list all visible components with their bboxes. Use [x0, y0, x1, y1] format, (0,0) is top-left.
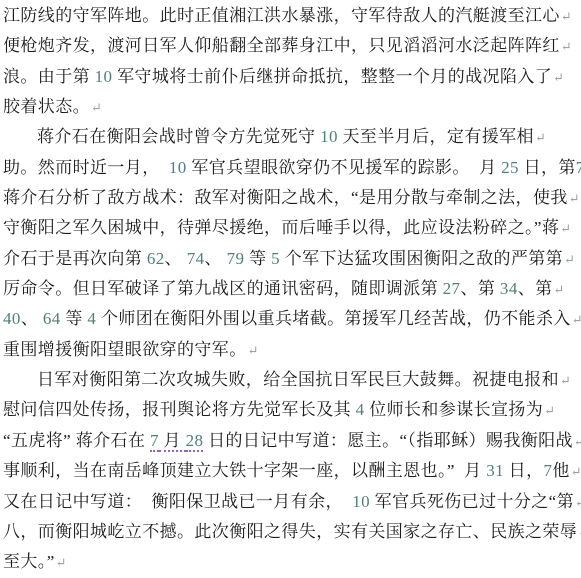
line-break-mark-icon: ↵ — [554, 282, 565, 297]
line-break-mark-icon: ↵ — [560, 221, 571, 236]
number-segment: 4 — [356, 400, 365, 419]
number-segment: 5 — [271, 249, 280, 268]
text-line: 日军对衡阳第二次攻城失败，给全国抗日军民巨大鼓舞。祝捷电报和↵ — [3, 365, 581, 395]
text-segment: 等 — [244, 249, 271, 268]
document-page: 江防线的守军阵地。此时正值湘江洪水暴涨，守军待敌人的汽艇渡至江心↵便枪炮齐发，渡… — [0, 0, 581, 578]
line-break-mark-icon: ↵ — [560, 373, 571, 388]
number-segment: 25 — [501, 158, 519, 177]
number-segment: 10 — [95, 67, 113, 86]
text-line: 介石于是再次向第 62、 74、 79 等 5 个军下达猛攻围困衡阳之敌的严第第… — [3, 244, 581, 274]
text-line: 浪。由于第 10 军守城将士前仆后继拼命抵抗，整整一个月的战况陷入了↵ — [3, 62, 581, 92]
number-segment: 64 — [43, 309, 61, 328]
text-segment: 、 — [205, 249, 227, 268]
text-segment: 慰问信四处传扬，报刊舆论将方先觉军长及其 — [3, 400, 356, 419]
text-segment: 蒋介石分析了敌方战术：敌军对衡阳之战术，“是用分散与牵制之法，使我 — [3, 188, 568, 207]
number-segment: 10 — [169, 158, 187, 177]
text-line: 助。然而时近一月， 10 军官兵望眼欲穿仍不见援军的踪影。 月 25 日，第7↵ — [3, 153, 581, 183]
text-segment: 、 — [165, 249, 187, 268]
number-segment: 7 — [576, 158, 581, 177]
text-line: 40、 64 等 4 个师团在衡阳外围以重兵堵截。第援军几经苦战，仍不能杀入↵ — [3, 304, 581, 334]
text-segment: 助。然而时近一月， — [3, 158, 169, 177]
text-segment: 个军下达猛攻围困衡阳之敌的严第第 — [280, 249, 563, 268]
text-segment: 至大。” — [3, 552, 55, 571]
text-segment: 、 — [21, 309, 43, 328]
text-segment: “五虎将” 蒋介石在 — [3, 431, 150, 450]
number-segment: 62 — [147, 249, 165, 268]
text-segment: 八，而衡阳城屹立不撼。此次衡阳之得失，实有关国家之存亡、民族之荣辱 — [3, 522, 577, 541]
number-segment: 10 — [352, 492, 370, 511]
text-segment: 重围增援衡阳望眼欲穿的守军。 — [3, 340, 247, 359]
text-line: 便枪炮齐发，渡河日军人仰船翻全部葬身江中，只见滔滔河水泛起阵阵红↵ — [3, 31, 581, 61]
text-segment: 日，第 — [519, 158, 576, 177]
text-segment: 浪。由于第 — [3, 67, 95, 86]
text-segment: 又在日记中写道： 衡阳保卫战已一月有余， — [3, 492, 352, 511]
text-segment: 蒋介石在衡阳会战时曾令方先觉死守 — [37, 127, 320, 146]
number-segment: 74 — [187, 249, 205, 268]
number-segment: 27 — [443, 279, 461, 298]
line-break-mark-icon: ↵ — [56, 555, 67, 570]
text-line: 蒋介石分析了敌方战术：敌军对衡阳之战术，“是用分散与牵制之法，使我↵ — [3, 183, 581, 213]
number-segment: 79 — [227, 249, 245, 268]
date-smart-tag-segment: 7 — [150, 431, 159, 452]
text-segment: 军守城将士前仆后继拼命抵抗，整整一个月的战况陷入了 — [112, 67, 552, 86]
text-segment: 军官兵望眼欲穿仍不见援军的踪影。 月 — [187, 158, 501, 177]
line-break-mark-icon: ↵ — [561, 9, 572, 24]
text-segment: 、第 — [460, 279, 499, 298]
text-segment: 日军对衡阳第二次攻城失败，给全国抗日军民巨大鼓舞。祝捷电报和 — [37, 370, 559, 389]
text-line: 至大。”↵ — [3, 547, 581, 577]
text-segment: 日， — [504, 461, 543, 480]
text-line: 慰问信四处传扬，报刊舆论将方先觉军长及其 4 位师长和参谋长宣扬为↵ — [3, 395, 581, 425]
text-segment: 厉命令。但日军破译了第九战区的通讯密码，随即调派第 — [3, 279, 443, 298]
line-break-mark-icon: ↵ — [535, 130, 546, 145]
text-segment: 胶着状态。 — [3, 97, 90, 116]
number-segment: 10 — [320, 127, 338, 146]
text-segment: 便枪炮齐发，渡河日军人仰船翻全部葬身江中，只见滔滔河水泛起阵阵红 — [3, 36, 560, 55]
line-break-mark-icon: ↵ — [91, 100, 102, 115]
text-segment: 个师团在衡阳外围以重兵堵截。第援军几经苦战，仍不能杀入 — [96, 309, 570, 328]
number-segment: 31 — [486, 461, 504, 480]
text-segment: 事顺利，当在南岳峰顶建立大铁十字架一座，以酬主恩也。” 月 — [3, 461, 486, 480]
text-line: 事顺利，当在南岳峰顶建立大铁十字架一座，以酬主恩也。” 月 31 日，7他↵ — [3, 456, 581, 486]
text-segment: 江防线的守军阵地。此时正值湘江洪水暴涨，守军待敌人的汽艇渡至江心 — [3, 6, 560, 25]
text-segment: 守衡阳之军久困城中，待弹尽援绝，而后唾手以得，此应设法粉碎之。”蒋 — [3, 218, 559, 237]
number-segment: 4 — [87, 309, 96, 328]
line-break-mark-icon: ↵ — [553, 70, 564, 85]
line-break-mark-icon: ↵ — [248, 343, 259, 358]
line-break-mark-icon: ↵ — [569, 191, 580, 206]
text-segment: 介石于是再次向第 — [3, 249, 147, 268]
number-segment: 34 — [500, 279, 518, 298]
text-line: 又在日记中写道： 衡阳保卫战已一月有余， 10 军官兵死伤已过十分之“第↵ — [3, 487, 581, 517]
line-break-mark-icon: ↵ — [572, 312, 581, 327]
text-line: 八，而衡阳城屹立不撼。此次衡阳之得失，实有关国家之存亡、民族之荣辱↵ — [3, 517, 581, 547]
line-break-mark-icon: ↵ — [571, 464, 581, 479]
number-segment: 40 — [3, 309, 21, 328]
text-segment: 位师长和参谋长宣扬为 — [365, 400, 544, 419]
line-break-mark-icon: ↵ — [574, 434, 581, 449]
text-segment: 日的日记中写道：愿主。“（指耶稣）赐我衡阳战 — [203, 431, 573, 450]
text-segment: 天至半月后，定有援军相 — [338, 127, 534, 146]
text-line: 江防线的守军阵地。此时正值湘江洪水暴涨，守军待敌人的汽艇渡至江心↵ — [3, 1, 581, 31]
text-segment: 等 — [61, 309, 88, 328]
text-line: 胶着状态。↵ — [3, 92, 581, 122]
date-smart-tag-segment: 月 — [159, 431, 186, 452]
document-text: 江防线的守军阵地。此时正值湘江洪水暴涨，守军待敌人的汽艇渡至江心↵便枪炮齐发，渡… — [3, 1, 581, 578]
text-line: 重围增援衡阳望眼欲穿的守军。↵ — [3, 335, 581, 365]
line-break-mark-icon: ↵ — [561, 39, 572, 54]
text-line: 守衡阳之军久困城中，待弹尽援绝，而后唾手以得，此应设法粉碎之。”蒋↵ — [3, 213, 581, 243]
text-line: 厉命令。但日军破译了第九战区的通讯密码，随即调派第 27、第 34、第↵ — [3, 274, 581, 304]
line-break-mark-icon: ↵ — [544, 403, 555, 418]
text-segment: 、第 — [518, 279, 553, 298]
text-segment: 他 — [552, 461, 569, 480]
line-break-mark-icon: ↵ — [575, 495, 581, 510]
text-segment: 军官兵死伤已过十分之“第 — [370, 492, 574, 511]
line-break-mark-icon: ↵ — [564, 252, 575, 267]
text-line: “五虎将” 蒋介石在 7 月 28 日的日记中写道：愿主。“（指耶稣）赐我衡阳战… — [3, 426, 581, 456]
text-line: 蒋介石在衡阳会战时曾令方先觉死守 10 天至半月后，定有援军相↵ — [3, 122, 581, 152]
date-smart-tag-segment: 28 — [186, 431, 204, 452]
